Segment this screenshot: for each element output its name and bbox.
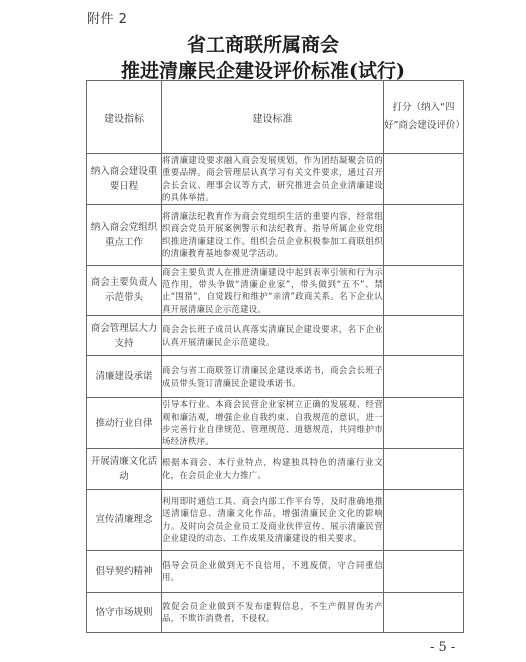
score-cell[interactable] bbox=[384, 550, 464, 592]
evaluation-standard-table: 建设指标 建设标准 打分（纳入“四好”商会建设评价） 纳入商会建设重要日程 将清… bbox=[86, 80, 464, 633]
score-cell[interactable] bbox=[384, 489, 464, 550]
document-title-line2: 推进清廉民企建设评价标准(试行) bbox=[0, 56, 526, 83]
indicator-cell: 恪守市场规则 bbox=[87, 592, 162, 632]
indicator-cell: 清廉建设承诺 bbox=[87, 356, 162, 398]
score-cell[interactable] bbox=[384, 316, 464, 356]
table-row: 清廉建设承诺 商会与省工商联签订清廉民企建设承诺书，商会会长班子成员带头签订清廉… bbox=[87, 356, 464, 398]
document-title-line1: 省工商联所属商会 bbox=[0, 30, 526, 57]
header-criteria: 建设标准 bbox=[162, 81, 384, 154]
table-row: 恪守市场规则 敦促会员企业做到不发布虚假信息，不生产假冒伪劣产品，不欺诈消费者，… bbox=[87, 592, 464, 632]
table-header-row: 建设指标 建设标准 打分（纳入“四好”商会建设评价） bbox=[87, 81, 464, 154]
header-score: 打分（纳入“四好”商会建设评价） bbox=[384, 81, 464, 154]
table-row: 纳入商会党组织重点工作 将清廉法纪教育作为商会党组织生活的重要内容，经常组织商会… bbox=[87, 204, 464, 265]
criteria-cell: 倡导会员企业做到无不良信用，不逃废债，守合同重信用。 bbox=[162, 550, 384, 592]
score-cell[interactable] bbox=[384, 265, 464, 316]
indicator-cell: 纳入商会建设重要日程 bbox=[87, 154, 162, 205]
criteria-cell: 根据本商会、本行业特点，构建独具特色的清廉行业文化，在会员企业大力推广。 bbox=[162, 448, 384, 489]
criteria-cell: 利用即时通信工具、商会内部工作平台等，及时准确地推送清廉信息、清廉文化作品，增强… bbox=[162, 489, 384, 550]
criteria-cell: 商会会长班子成员认真落实清廉民企建设要求，名下企业认真开展清廉民企示范建设。 bbox=[162, 316, 384, 356]
page-number: - 5 - bbox=[430, 640, 455, 655]
score-cell[interactable] bbox=[384, 356, 464, 398]
criteria-cell: 商会主要负责人在推进清廉建设中起到表率引领和行为示范作用，带头争做“清廉企业家”… bbox=[162, 265, 384, 316]
score-cell[interactable] bbox=[384, 398, 464, 449]
criteria-cell: 敦促会员企业做到不发布虚假信息，不生产假冒伪劣产品，不欺诈消费者，不侵权。 bbox=[162, 592, 384, 632]
criteria-cell: 商会与省工商联签订清廉民企建设承诺书，商会会长班子成员带头签订清廉民企建设承诺书… bbox=[162, 356, 384, 398]
table-row: 开展清廉文化活动 根据本商会、本行业特点，构建独具特色的清廉行业文化，在会员企业… bbox=[87, 448, 464, 489]
indicator-cell: 宣传清廉理念 bbox=[87, 489, 162, 550]
criteria-cell: 将清廉建设要求融入商会发展规划，作为团结凝聚会员的重要品牌。商会管理层认真学习有… bbox=[162, 154, 384, 205]
indicator-cell: 开展清廉文化活动 bbox=[87, 448, 162, 489]
criteria-cell: 引导本行业、本商会民营企业家树立正确的发展观、经营观和廉洁观，增强企业自我约束、… bbox=[162, 398, 384, 449]
indicator-cell: 推动行业自律 bbox=[87, 398, 162, 449]
indicator-cell: 倡导契约精神 bbox=[87, 550, 162, 592]
table-row: 商会主要负责人示范带头 商会主要负责人在推进清廉建设中起到表率引领和行为示范作用… bbox=[87, 265, 464, 316]
table-row: 倡导契约精神 倡导会员企业做到无不良信用，不逃废债，守合同重信用。 bbox=[87, 550, 464, 592]
score-cell[interactable] bbox=[384, 204, 464, 265]
table-row: 商会管理层大力支持 商会会长班子成员认真落实清廉民企建设要求，名下企业认真开展清… bbox=[87, 316, 464, 356]
table-row: 宣传清廉理念 利用即时通信工具、商会内部工作平台等，及时准确地推送清廉信息、清廉… bbox=[87, 489, 464, 550]
score-cell[interactable] bbox=[384, 154, 464, 205]
score-cell[interactable] bbox=[384, 592, 464, 632]
criteria-cell: 将清廉法纪教育作为商会党组织生活的重要内容，经常组织商会党员开展案例警示和法纪教… bbox=[162, 204, 384, 265]
table-row: 纳入商会建设重要日程 将清廉建设要求融入商会发展规划，作为团结凝聚会员的重要品牌… bbox=[87, 154, 464, 205]
table-row: 推动行业自律 引导本行业、本商会民营企业家树立正确的发展观、经营观和廉洁观，增强… bbox=[87, 398, 464, 449]
header-indicator: 建设指标 bbox=[87, 81, 162, 154]
indicator-cell: 商会主要负责人示范带头 bbox=[87, 265, 162, 316]
indicator-cell: 商会管理层大力支持 bbox=[87, 316, 162, 356]
score-cell[interactable] bbox=[384, 448, 464, 489]
attachment-label: 附件 2 bbox=[87, 8, 127, 27]
indicator-cell: 纳入商会党组织重点工作 bbox=[87, 204, 162, 265]
